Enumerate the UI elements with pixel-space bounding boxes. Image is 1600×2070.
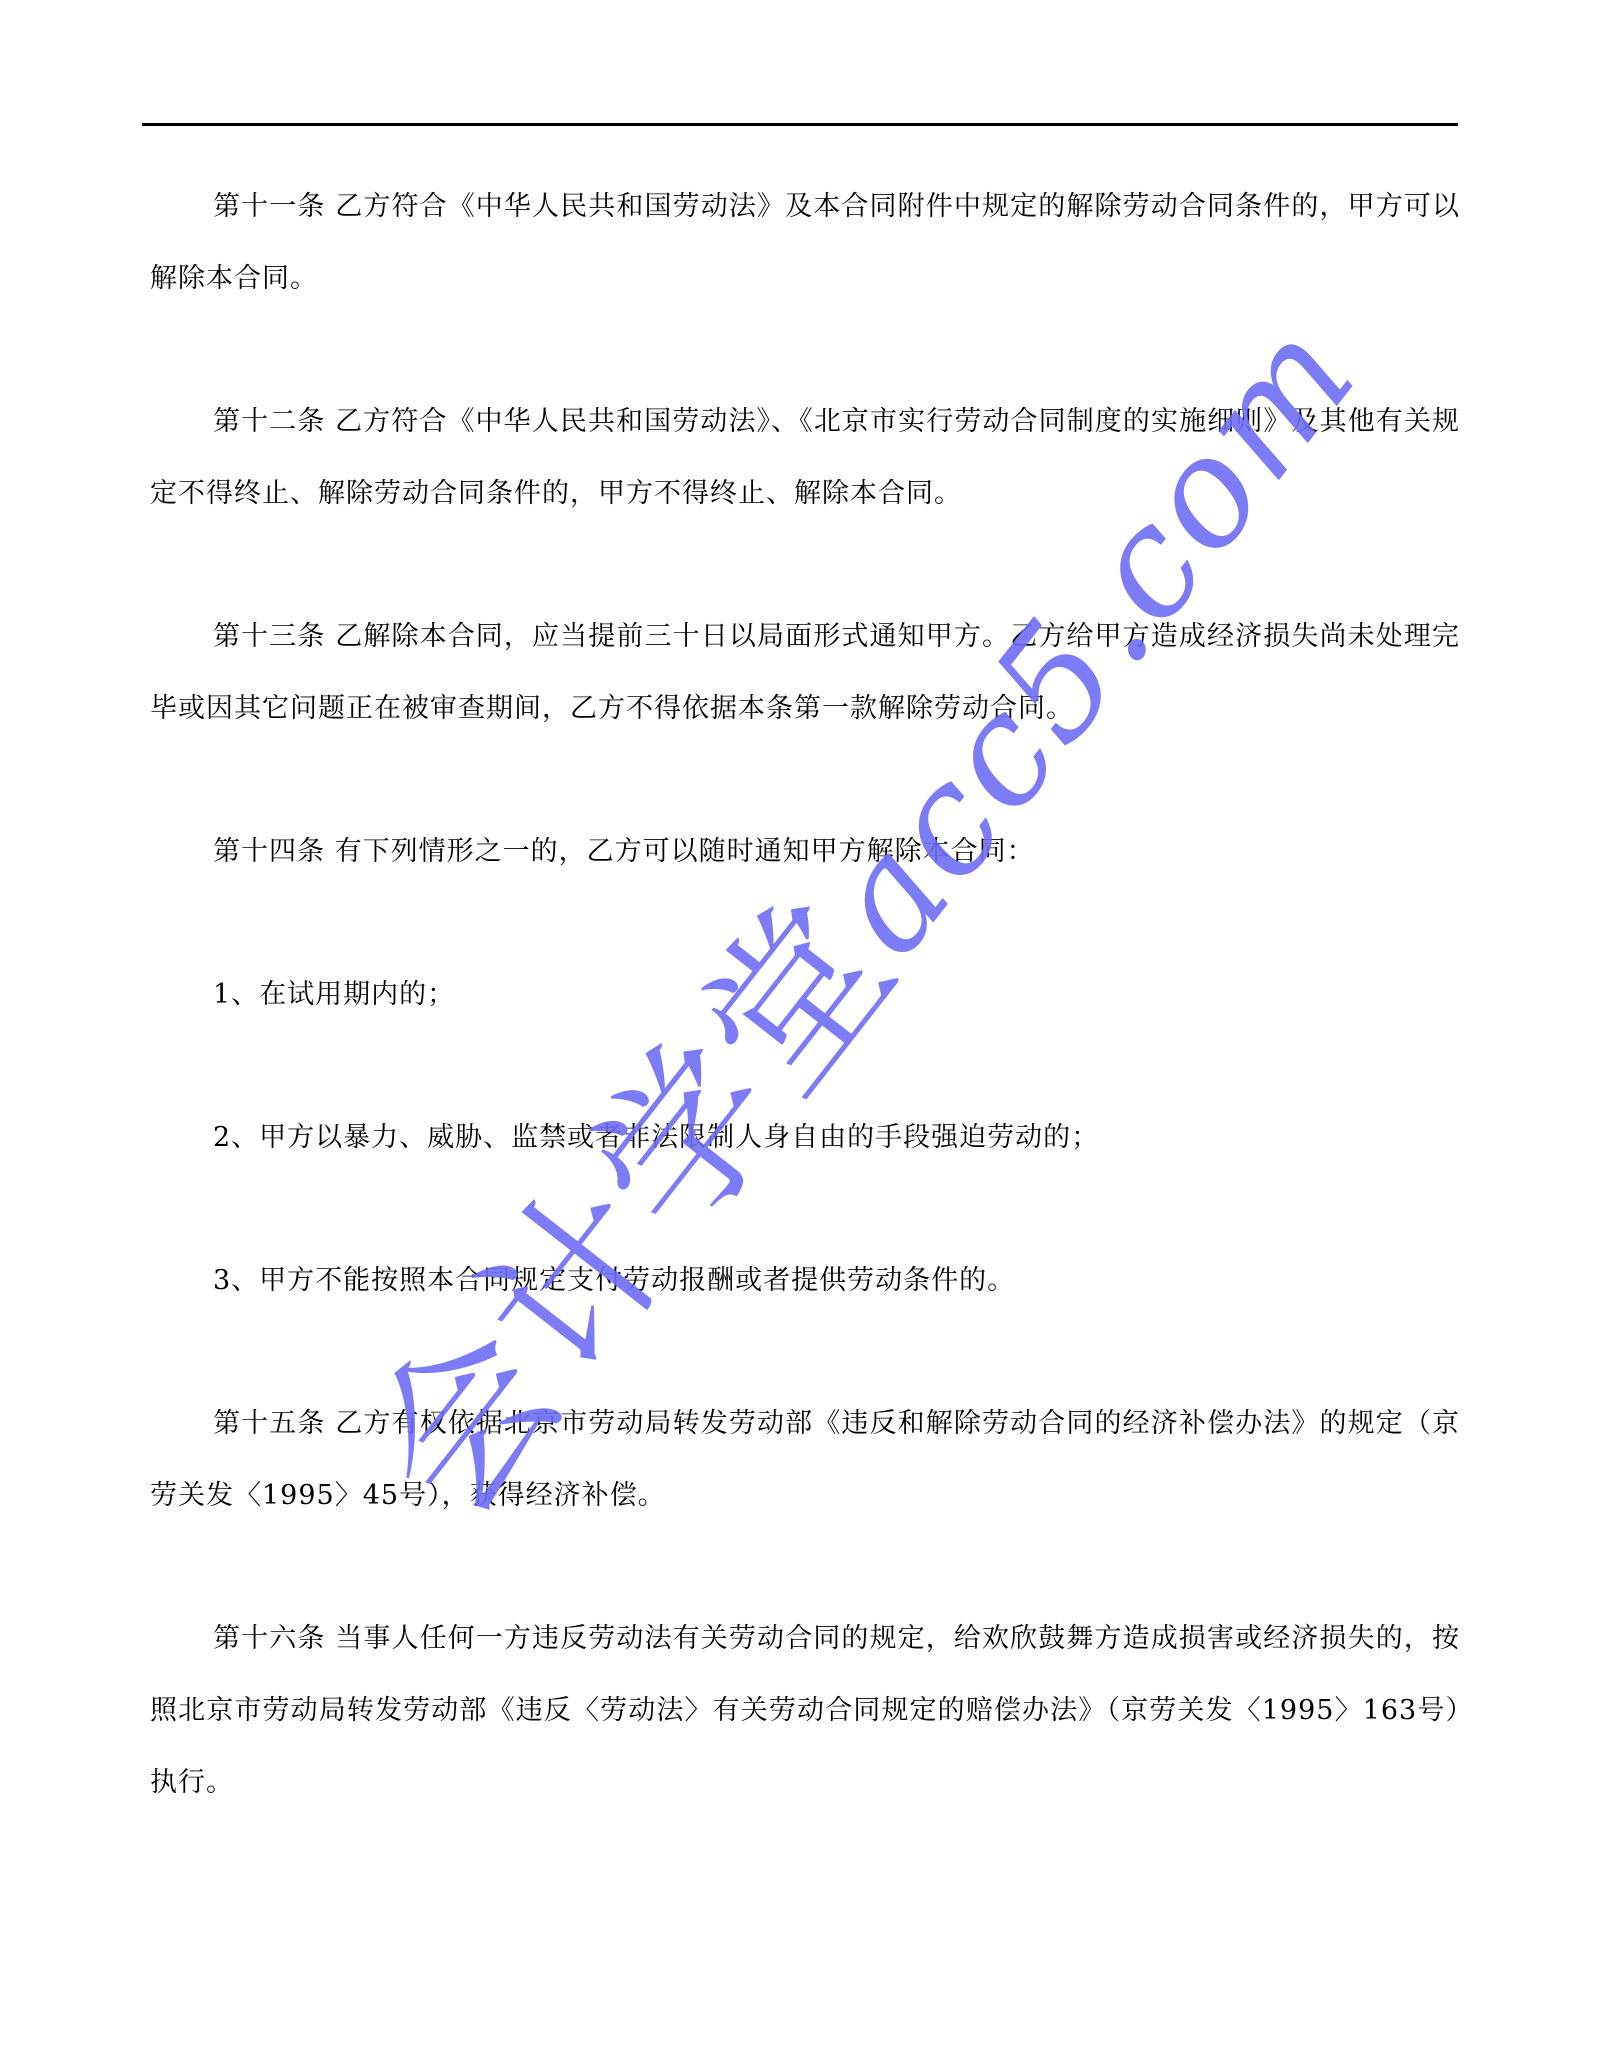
article-15-paragraph: 第十五条 乙方有权依据北京市劳动局转发劳动部《违反和解除劳动合同的经济补偿办法》…: [150, 1388, 1460, 1532]
article-16-paragraph: 第十六条 当事人任何一方违反劳动法有关劳动合同的规定，给欢欣鼓舞方造成损害或经济…: [150, 1603, 1460, 1819]
article-14-list-item-2: 2、甲方以暴力、威胁、监禁或者非法限制人身自由的手段强迫劳动的；: [150, 1102, 1460, 1174]
header-rule: [142, 123, 1458, 126]
article-13-paragraph: 第十三条 乙解除本合同，应当提前三十日以局面形式通知甲方。乙方给甲方造成经济损失…: [150, 601, 1460, 745]
document-page: 第十一条 乙方符合《中华人民共和国劳动法》及本合同附件中规定的解除劳动合同条件的…: [0, 0, 1600, 2070]
document-body: 第十一条 乙方符合《中华人民共和国劳动法》及本合同附件中规定的解除劳动合同条件的…: [150, 171, 1460, 1890]
article-11-paragraph: 第十一条 乙方符合《中华人民共和国劳动法》及本合同附件中规定的解除劳动合同条件的…: [150, 171, 1460, 315]
article-14-list-item-3: 3、甲方不能按照本合同规定支付劳动报酬或者提供劳动条件的。: [150, 1245, 1460, 1317]
article-14-paragraph: 第十四条 有下列情形之一的，乙方可以随时通知甲方解除本合同：: [150, 816, 1460, 888]
article-14-list-item-1: 1、在试用期内的；: [150, 959, 1460, 1031]
article-12-paragraph: 第十二条 乙方符合《中华人民共和国劳动法》、《北京市实行劳动合同制度的实施细则》…: [150, 386, 1460, 530]
